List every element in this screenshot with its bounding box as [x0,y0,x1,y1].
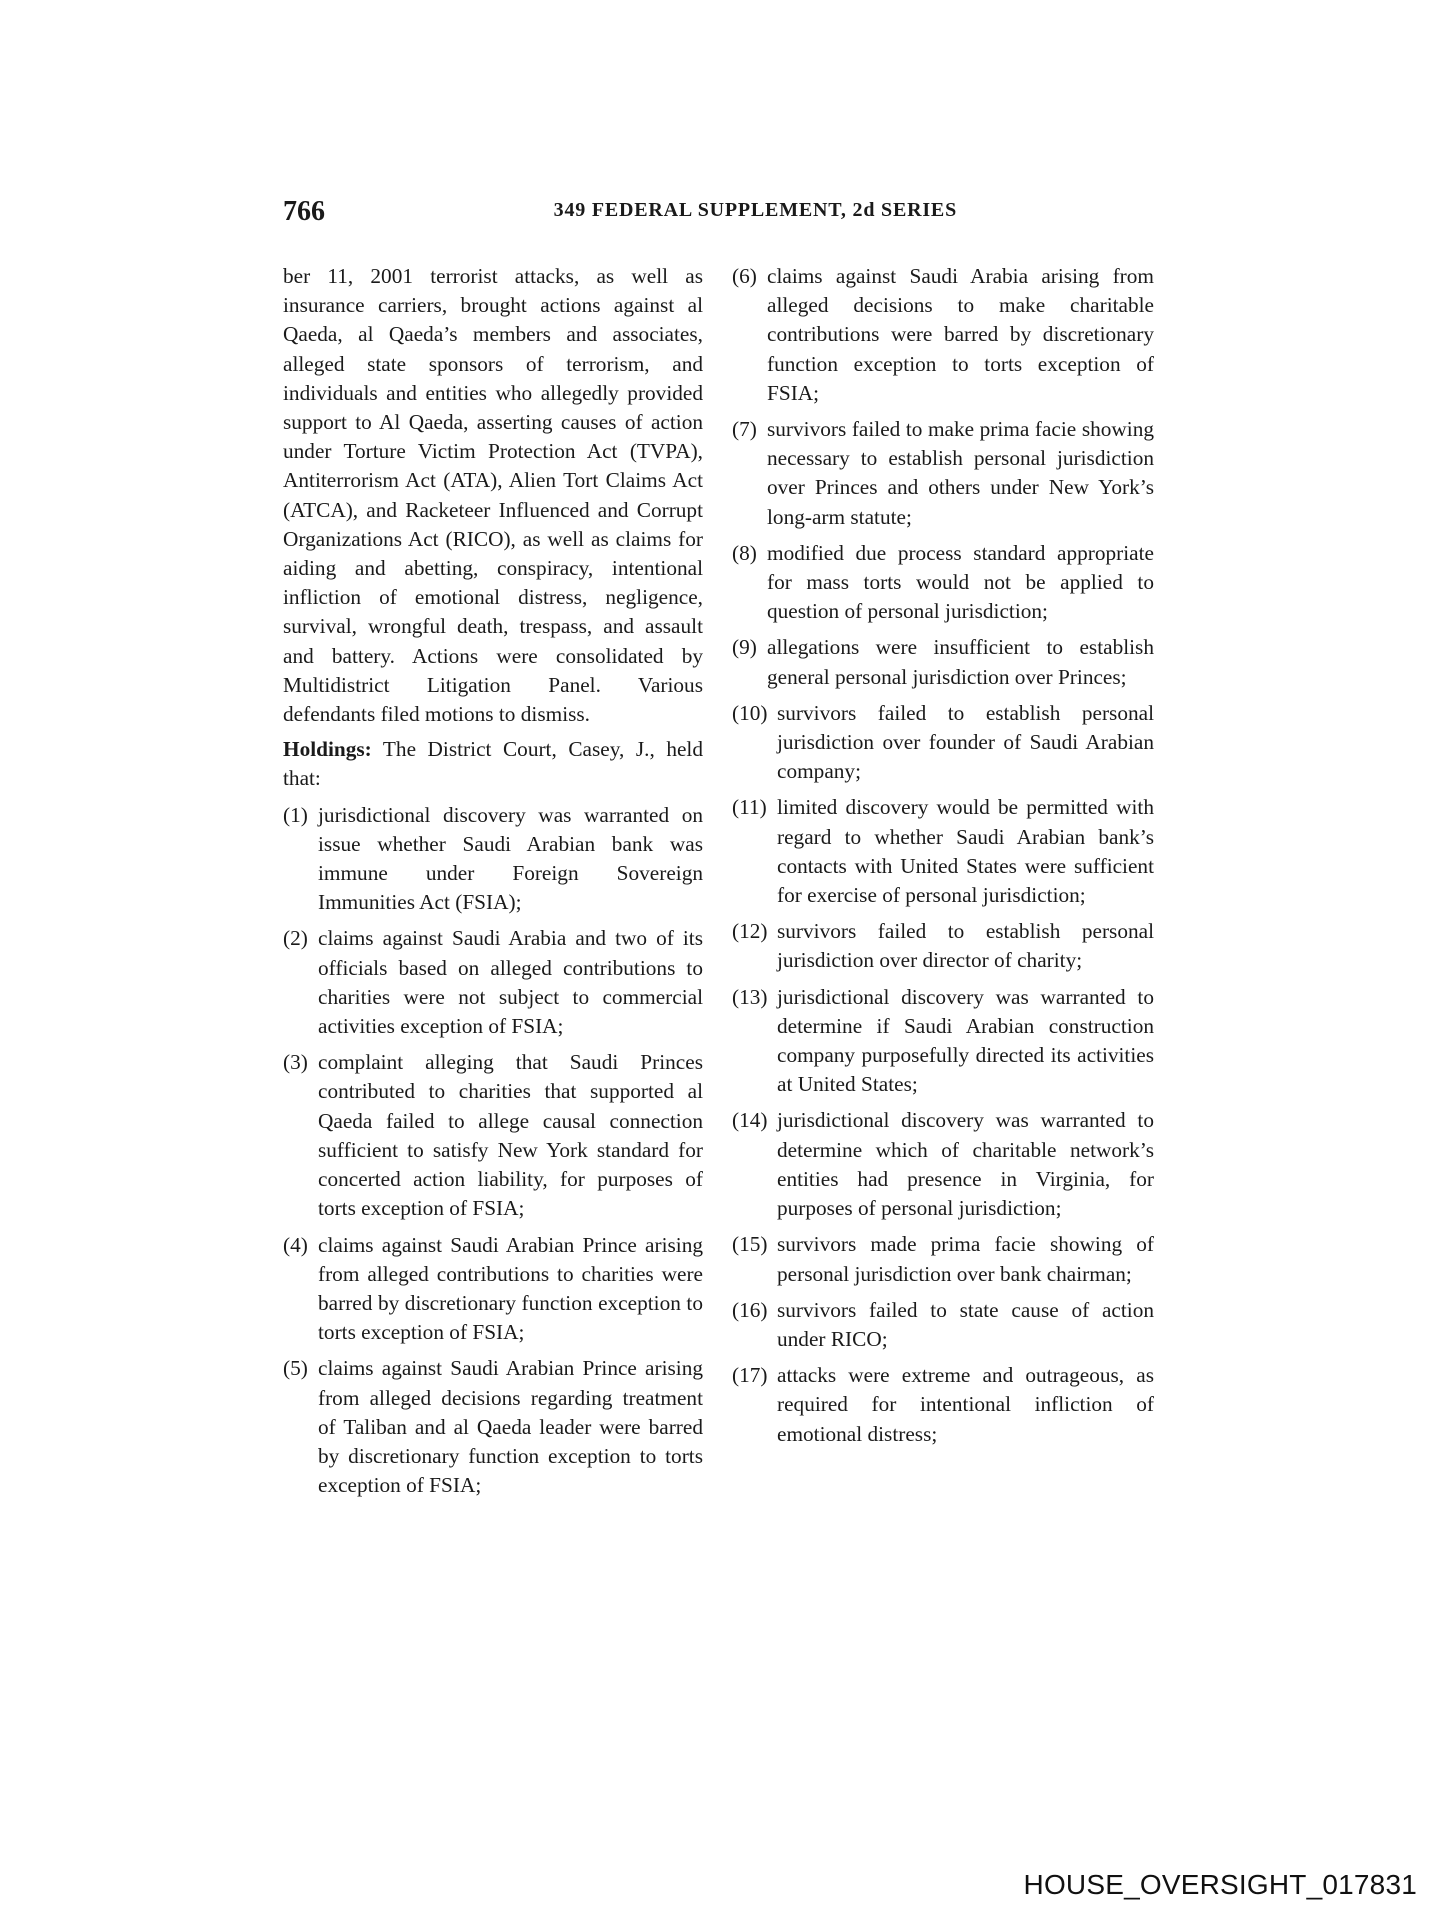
holding-item: (12) survivors failed to establish perso… [732,917,1154,975]
holding-item: (6) claims against Saudi Arabia arising … [732,262,1154,408]
holding-item: (10) survivors failed to establish perso… [732,699,1154,787]
holding-text: modified due process standard appro­pria… [767,539,1154,627]
holding-item: (17) attacks were extreme and outrageous… [732,1361,1154,1449]
holding-item: (8) modified due process standard appro­… [732,539,1154,627]
running-head: 349 FEDERAL SUPPLEMENT, 2d SERIES [554,199,957,222]
page-number: 766 [283,196,325,228]
holding-item: (11) limited discovery would be permitte… [732,793,1154,910]
holding-number: (6) [732,262,757,291]
holding-text: claims against Saudi Arabian Prince aris… [318,1231,703,1348]
holding-text: survivors failed to make prima facie sho… [767,415,1154,532]
holding-number: (2) [283,924,308,953]
holding-text: jurisdictional discovery was warrant­ed … [777,1106,1154,1223]
holding-text: survivors failed to establish personal j… [777,917,1154,975]
holding-item: (2) claims against Saudi Arabia and two … [283,924,703,1041]
holding-number: (5) [283,1354,308,1383]
holding-text: survivors made prima facie showing of pe… [777,1230,1154,1288]
holding-number: (14) [732,1106,767,1135]
right-column: (6) claims against Saudi Arabia arising … [732,262,1154,1449]
holding-text: attacks were extreme and outrageous, as … [777,1361,1154,1449]
bates-number: HOUSE_OVERSIGHT_017831 [1024,1869,1417,1901]
holding-item: (14) jurisdictional discovery was warran… [732,1106,1154,1223]
holding-text: limited discovery would be permitted wit… [777,793,1154,910]
holding-item: (7) survivors failed to make prima facie… [732,415,1154,532]
holding-text: survivors failed to state cause of ac­ti… [777,1296,1154,1354]
case-synopsis: ber 11, 2001 terrorist attacks, as well … [283,262,703,729]
holding-number: (9) [732,633,757,662]
holding-text: claims against Saudi Arabia arising from… [767,262,1154,408]
holding-number: (16) [732,1296,767,1325]
page-header: 766 349 FEDERAL SUPPLEMENT, 2d SERIES [283,196,953,236]
holding-text: jurisdictional discovery was warranted o… [318,801,703,918]
holding-number: (15) [732,1230,767,1259]
left-column: ber 11, 2001 terrorist attacks, as well … [283,262,703,1500]
holding-item: (15) survivors made prima facie showing … [732,1230,1154,1288]
holding-number: (11) [732,793,767,822]
holding-number: (4) [283,1231,308,1260]
holding-item: (16) survivors failed to state cause of … [732,1296,1154,1354]
holding-number: (8) [732,539,757,568]
holding-text: jurisdictional discovery was warrant­ed … [777,983,1154,1100]
holding-text: survivors failed to establish personal j… [777,699,1154,787]
holding-item: (5) claims against Saudi Arabian Prince … [283,1354,703,1500]
holding-number: (13) [732,983,767,1012]
holding-number: (3) [283,1048,308,1077]
holding-number: (1) [283,801,308,830]
holding-text: complaint alleging that Saudi Princes co… [318,1048,703,1223]
holding-number: (12) [732,917,767,946]
holding-item: (3) complaint alleging that Saudi Prince… [283,1048,703,1223]
holdings-label: Holdings: [283,737,372,761]
holding-item: (9) allegations were insufficient to est… [732,633,1154,691]
holding-text: claims against Saudi Arabian Prince aris… [318,1354,703,1500]
holding-number: (7) [732,415,757,444]
holding-item: (1) jurisdictional discovery was warrant… [283,801,703,918]
holding-number: (17) [732,1361,767,1390]
holding-text: claims against Saudi Arabia and two of i… [318,924,703,1041]
holding-number: (10) [732,699,767,728]
holding-item: (4) claims against Saudi Arabian Prince … [283,1231,703,1348]
holding-text: allegations were insufficient to estab­l… [767,633,1154,691]
holdings-intro: Holdings: The District Court, Casey, J.,… [283,735,703,793]
holding-item: (13) jurisdictional discovery was warran… [732,983,1154,1100]
